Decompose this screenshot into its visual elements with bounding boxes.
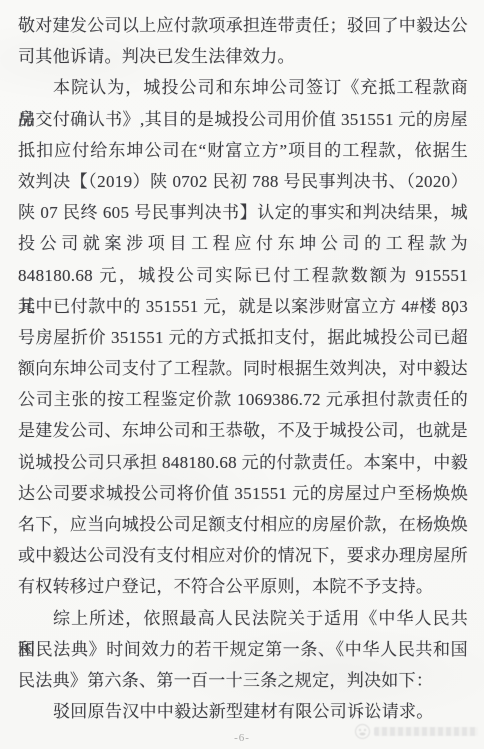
text-line: 民法典》第六条、第一百一十三条之规定，判决如下： xyxy=(18,665,468,696)
text-line: 或中毅达公司没有支付相应对价的情况下，要求办理房屋所 xyxy=(18,540,468,571)
text-line: 848180.68 元，城投公司实际已付工程款数额为 915551 元， xyxy=(18,260,468,291)
watermark xyxy=(355,724,478,739)
text-line: 敬对建发公司以上应付款项承担连带责任；驳回了中毅达公 xyxy=(18,10,468,41)
text-line: 其中已付款中的 351551 元，就是以案涉财富立方 4#楼 803 xyxy=(18,291,468,322)
document-page: 敬对建发公司以上应付款项承担连带责任；驳回了中毅达公司其他诉请。判决已发生法律效… xyxy=(0,0,484,749)
text-line: 额向东坤公司支付了工程款。同时根据生效判决，对中毅达 xyxy=(18,353,468,384)
text-line: 司其他诉请。判决已发生法律效力。 xyxy=(18,41,468,72)
watermark-text xyxy=(374,727,478,736)
text-line: 有权转移过户登记，不符合公平原则，本院不予支持。 xyxy=(18,571,468,602)
emoji-face-icon xyxy=(355,724,370,739)
text-line: 公司主张的按工程鉴定价款 1069386.72 元承担付款责任的 xyxy=(18,384,468,415)
text-body: 敬对建发公司以上应付款项承担连带责任；驳回了中毅达公司其他诉请。判决已发生法律效… xyxy=(18,10,468,727)
text-line: 效判决【（2019）陕 0702 民初 788 号民事判决书、（2020） xyxy=(18,166,468,197)
text-line: 达公司要求城投公司将价值 351551 元的房屋过户至杨焕焕 xyxy=(18,478,468,509)
text-line: 陕 07 民终 605 号民事判决书】认定的事实和判决结果，城 xyxy=(18,197,468,228)
text-line: 投公司就案涉项目工程应付东坤公司的工程款为 xyxy=(18,228,468,259)
text-line: 是建发公司、东坤公司和王恭敬，不及于城投公司，也就是 xyxy=(18,415,468,446)
text-line: 抵扣应付给东坤公司在“财富立方”项目的工程款，依据生 xyxy=(18,135,468,166)
text-line: 名下，应当向城投公司足额支付相应的房屋价款，在杨焕焕 xyxy=(18,509,468,540)
text-line: 说城投公司只承担 848180.68 元的付款责任。本案中，中毅 xyxy=(18,447,468,478)
text-line: 国民法典》时间效力的若干规定第一条、《中华人民共和国 xyxy=(18,634,468,665)
text-line: 本院认为，城投公司和东坤公司签订《充抵工程款商品 xyxy=(18,72,468,103)
text-line: 驳回原告汉中中毅达新型建材有限公司诉讼请求。 xyxy=(18,696,468,727)
text-line: 号房屋折价 351551 元的方式抵扣支付，据此城投公司已超 xyxy=(18,322,468,353)
text-line: 综上所述，依照最高人民法院关于适用《中华人民共和 xyxy=(18,603,468,634)
text-line: 房交付确认书》,其目的是城投公司用价值 351551 元的房屋 xyxy=(18,104,468,135)
